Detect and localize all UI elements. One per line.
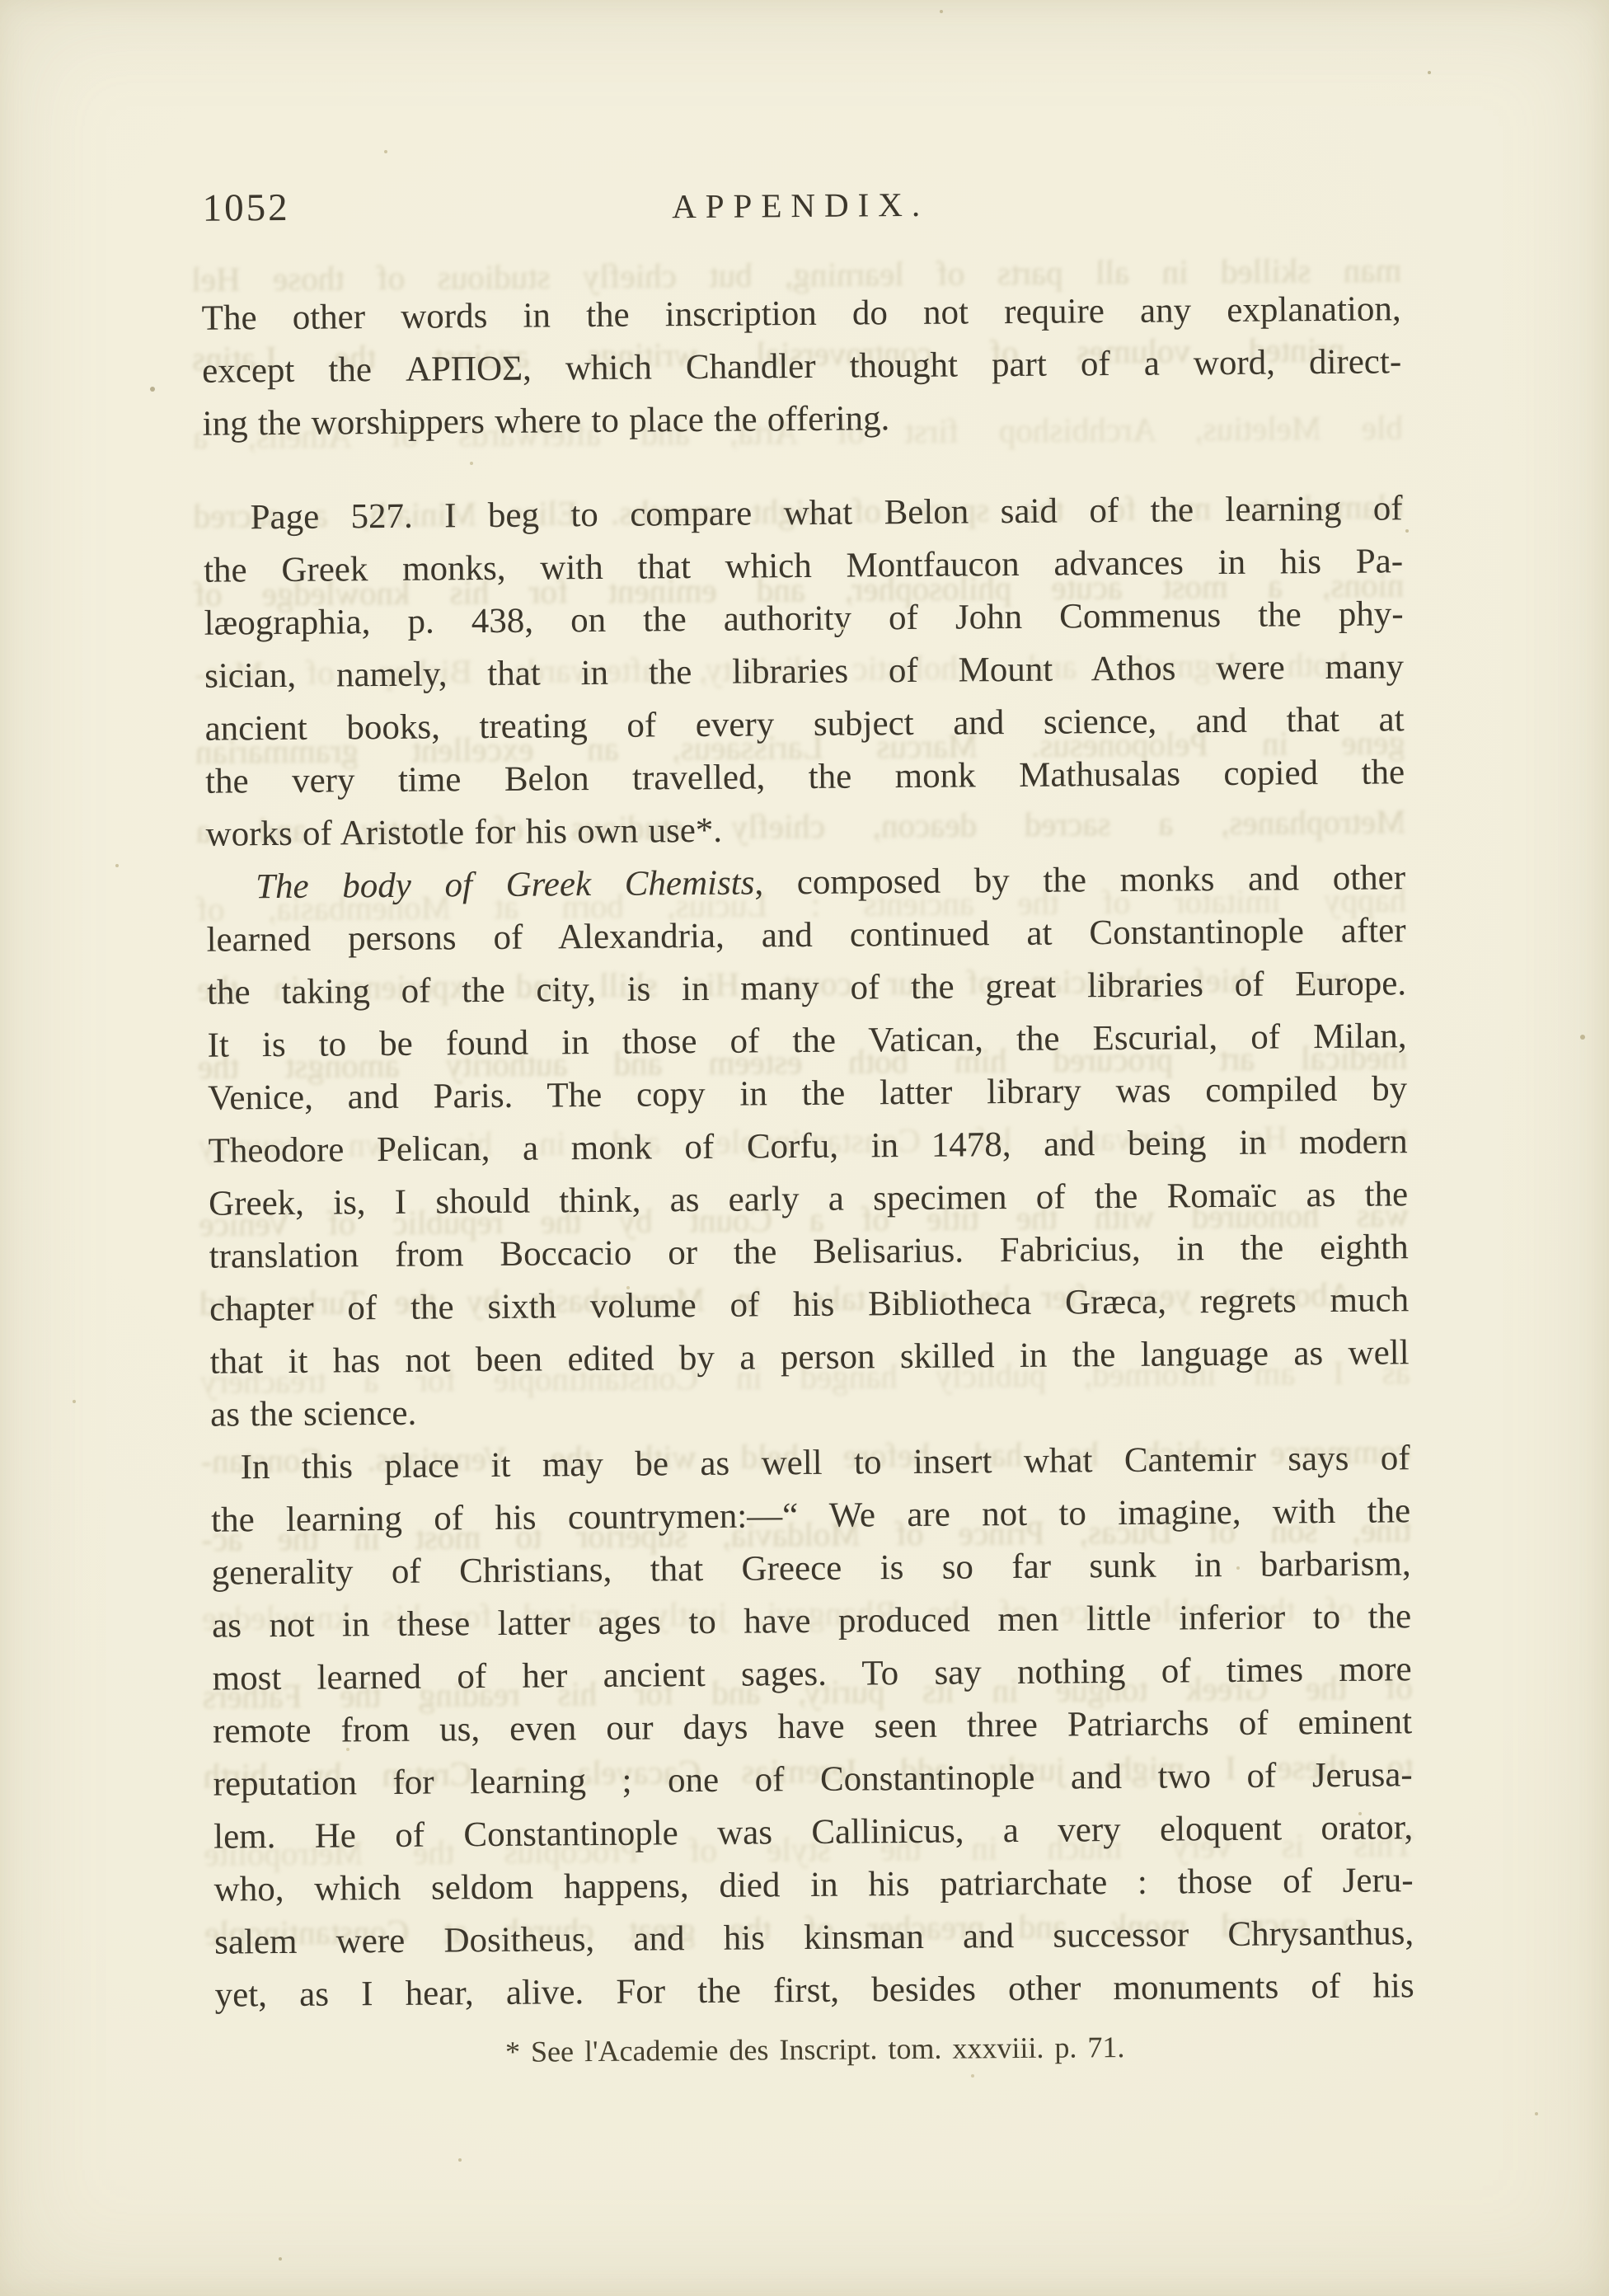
text-line: Venice, and Paris. The copy in the latte… [208, 1063, 1407, 1125]
text-line: Greek, is, I should think, as early a sp… [209, 1168, 1408, 1230]
text-line: salem were Dositheus, and his kinsman an… [214, 1907, 1414, 1969]
text-line: Theodore Pelican, a monk of Corfu, in 14… [208, 1115, 1407, 1177]
paragraph: In this place it may be as well to inser… [210, 1432, 1414, 2021]
text-line: The other words in the inscription do no… [201, 283, 1400, 345]
text-line: remote from us, even our days have seen … [213, 1696, 1412, 1758]
text-line: ancient books, treating of every subject… [204, 693, 1404, 755]
text-line: ing the worshippers where to place the o… [202, 388, 1401, 450]
text-line: The body of Greek Chemists, composed by … [206, 852, 1405, 913]
text-segment: , composed by the monks and other [754, 858, 1405, 902]
text-line: the Greek monks, with that which Montfau… [204, 535, 1403, 597]
text-line: most learned of her ancient sages. To sa… [212, 1643, 1411, 1705]
text-line: works of Aristotle for his own use*. [205, 799, 1405, 861]
text-line: the very time Belon travelled, the monk … [205, 746, 1405, 808]
running-head: 1052 APPENDIX. [200, 176, 1400, 238]
text-line: as the science. [210, 1379, 1410, 1441]
text-line: sician, namely, that in the libraries of… [204, 641, 1404, 702]
text-line: that it has not been edited by a person … [209, 1326, 1409, 1388]
text-line: It is to be found in those of the Vatica… [207, 1010, 1406, 1072]
italic-text-segment: The body of Greek Chemists [256, 863, 755, 906]
text-line: In this place it may be as well to inser… [210, 1432, 1410, 1494]
paragraph: Page 527. I beg to compare what Belon sa… [203, 482, 1405, 861]
text-line: reputation for learning ; one of Constan… [213, 1749, 1412, 1810]
text-line: except the ΑΡΠΟΣ, which Chandler thought… [202, 336, 1401, 397]
text-line: learned persons of Alexandria, and conti… [206, 904, 1405, 966]
text-line: yet, as I hear, alive. For the first, be… [214, 1960, 1414, 2021]
text-line: the learning of his countrymen:—“ We are… [211, 1485, 1410, 1547]
text-line: who, which seldom happens, died in his p… [213, 1854, 1413, 1916]
paragraph: The body of Greek Chemists, composed by … [206, 852, 1410, 1441]
text-line: chapter of the sixth volume of his Bibli… [209, 1274, 1409, 1336]
text-line: Page 527. I beg to compare what Belon sa… [203, 482, 1402, 544]
body-text: The other words in the inscription do no… [201, 283, 1414, 2021]
text-line: the taking of the city, is in many of th… [207, 957, 1406, 1019]
footnote: * See l'Academie des Inscript. tom. xxxv… [215, 2025, 1414, 2073]
text-line: translation from Boccacio or the Belisar… [209, 1221, 1408, 1283]
text-line: generality of Christians, that Greece is… [211, 1538, 1410, 1599]
page-content: man skilled in all parts of learning, bu… [0, 0, 1609, 2296]
text-line: lem. He of Constantinople was Callinicus… [213, 1801, 1413, 1863]
book-page-scan: man skilled in all parts of learning, bu… [0, 0, 1609, 2296]
running-head-title: APPENDIX. [200, 181, 1400, 229]
text-line: læographia, p. 438, on the authority of … [204, 588, 1403, 650]
paragraph: The other words in the inscription do no… [201, 283, 1401, 450]
text-line: as not in these latter ages to have prod… [212, 1590, 1411, 1652]
